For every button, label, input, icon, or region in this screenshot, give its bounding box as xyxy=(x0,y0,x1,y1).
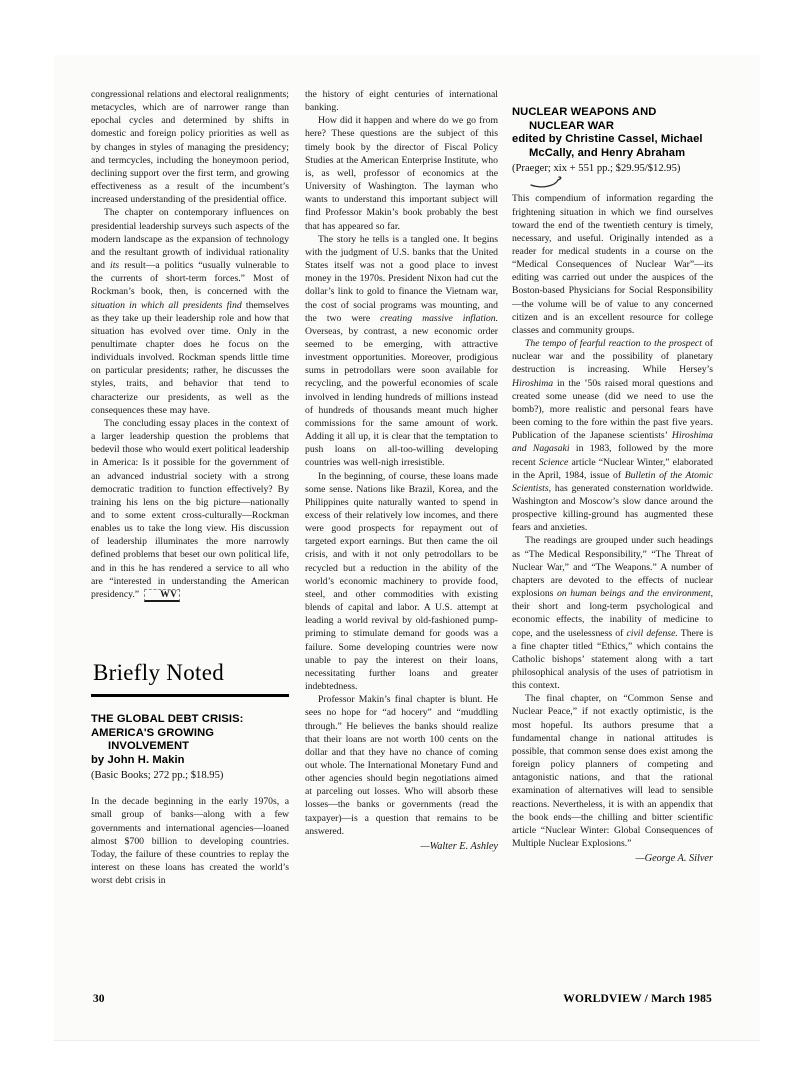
book-title-line: AMERICA'S GROWING xyxy=(91,727,289,741)
paragraph: In the beginning, of course, these loans… xyxy=(305,470,498,694)
journal-footer: WORLDVIEW / March 1985 xyxy=(563,993,712,1005)
book-publisher-info: (Praeger; xix + 551 pp.; $29.95/$12.95) xyxy=(512,163,713,174)
handwritten-pen-mark xyxy=(528,175,564,190)
paragraph: How did it happen and where do we go fro… xyxy=(305,114,498,232)
author-signature: —Walter E. Ashley xyxy=(305,841,498,852)
book-byline: by John H. Makin xyxy=(91,754,289,768)
briefly-noted-heading: Briefly Noted xyxy=(91,660,289,697)
book-title-global-debt-crisis: THE GLOBAL DEBT CRISIS: AMERICA'S GROWIN… xyxy=(91,713,289,767)
book-publisher-info: (Basic Books; 272 pp.; $18.95) xyxy=(91,770,289,781)
column-3: NUCLEAR WEAPONS AND NUCLEAR WAR edited b… xyxy=(512,90,713,864)
column-1: congressional relations and electoral re… xyxy=(91,88,289,887)
spacer xyxy=(91,781,289,795)
book-editor-line: McCally, and Henry Abraham xyxy=(512,147,713,161)
paragraph: congressional relations and electoral re… xyxy=(91,88,289,206)
book-title-line: NUCLEAR WEAPONS AND xyxy=(512,106,713,120)
paragraph: The story he tells is a tangled one. It … xyxy=(305,233,498,470)
author-signature: —George A. Silver xyxy=(512,853,713,864)
paragraph: Professor Makin’s final chapter is blunt… xyxy=(305,693,498,838)
paragraph: The final chapter, on “Common Sense and … xyxy=(512,692,713,850)
paragraph: The concluding essay places in the conte… xyxy=(91,417,289,602)
wv-end-logo: WV xyxy=(144,589,180,602)
paragraph: The chapter on contemporary influences o… xyxy=(91,206,289,417)
column-2: the history of eight centuries of intern… xyxy=(305,88,498,852)
book-title-line: INVOLVEMENT xyxy=(91,740,289,754)
book-editor-line: edited by Christine Cassel, Michael xyxy=(512,133,713,147)
paragraph: The readings are grouped under such head… xyxy=(512,534,713,692)
book-title-nuclear-weapons: NUCLEAR WEAPONS AND NUCLEAR WAR edited b… xyxy=(512,106,713,160)
paragraph: The tempo of fearful reaction to the pro… xyxy=(512,337,713,534)
book-title-line: NUCLEAR WAR xyxy=(512,120,713,134)
paragraph: This compendium of information regarding… xyxy=(512,192,713,337)
review-paragraph: In the decade beginning in the early 197… xyxy=(91,795,289,887)
paragraph: the history of eight centuries of intern… xyxy=(305,88,498,114)
page-number: 30 xyxy=(93,993,105,1005)
book-title-line: THE GLOBAL DEBT CRISIS: xyxy=(91,713,289,727)
magazine-page: congressional relations and electoral re… xyxy=(0,0,800,1083)
